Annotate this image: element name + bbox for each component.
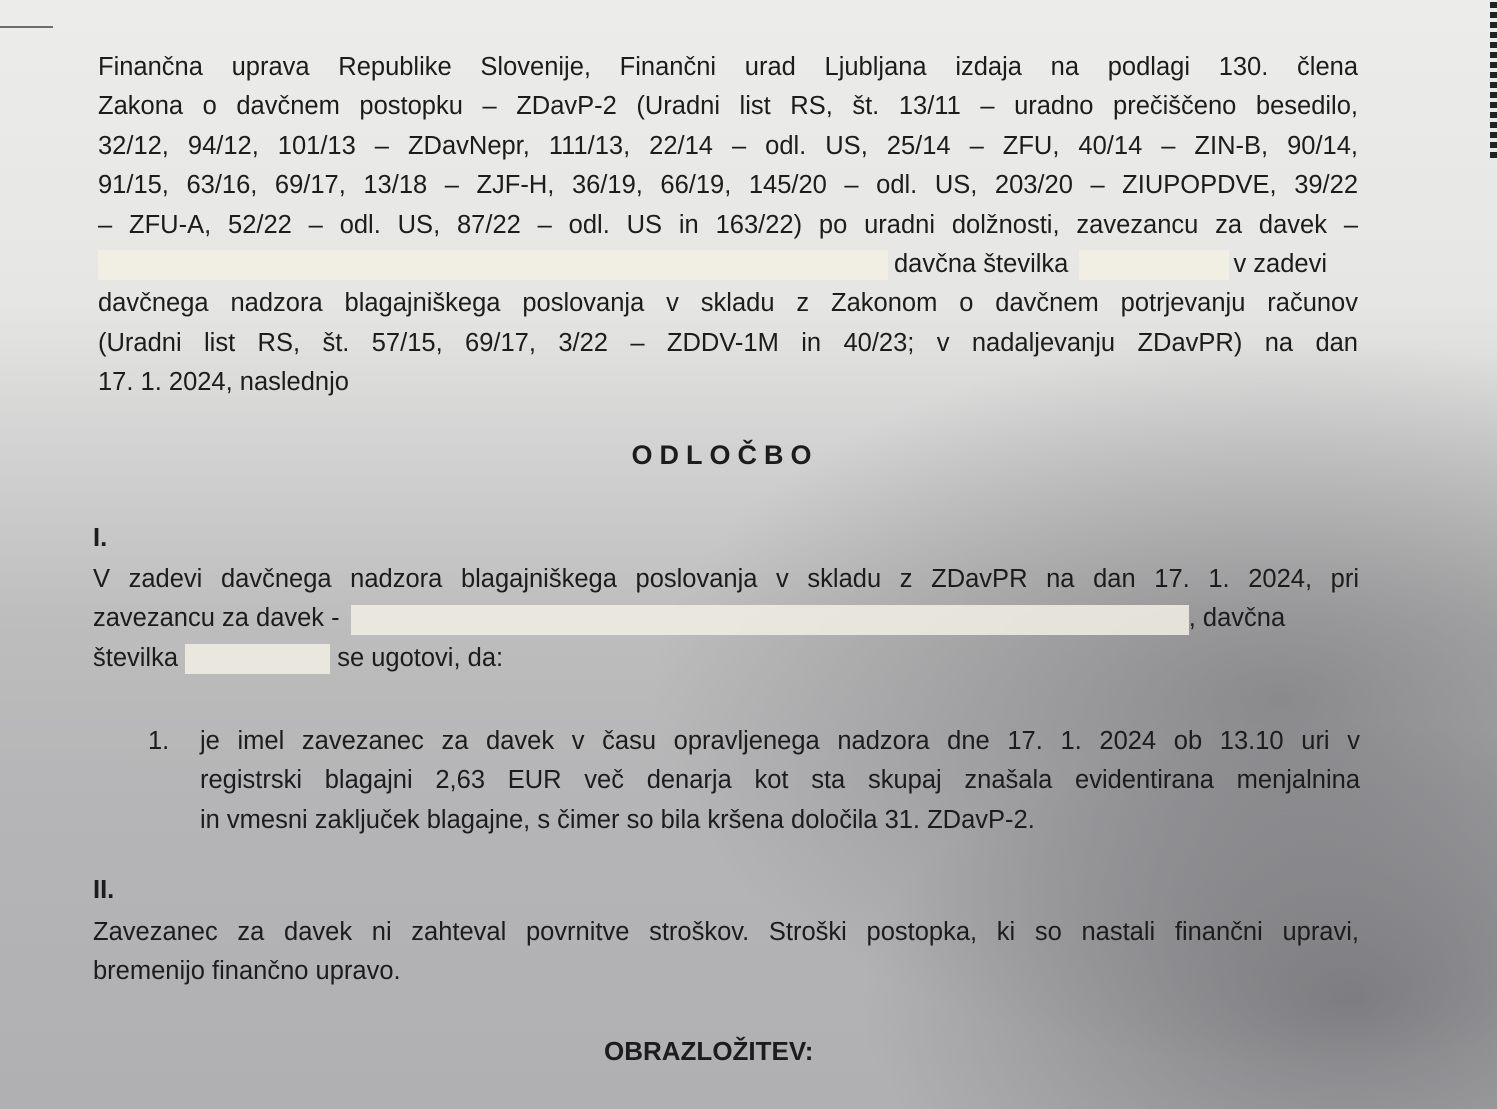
intro-line: Finančna uprava Republike Slovenije, Fin… — [98, 48, 1358, 87]
redacted-taxpayer-name — [98, 250, 888, 280]
finding-intro: se ugotovi, da: — [337, 644, 503, 672]
list-item-line: je imel zavezanec za davek v času opravl… — [200, 722, 1360, 761]
list-item-line: in vmesni zaključek blagajne, s čimer so… — [200, 801, 1360, 840]
intro-line: davčnega nadzora blagajniškega poslovanj… — [98, 284, 1358, 323]
intro-line-end: v zadevi — [1233, 250, 1327, 278]
section-2-line: Zavezanec za davek ni zahteval povrnitve… — [93, 913, 1359, 952]
tax-number-label: , davčna — [1189, 604, 1285, 632]
redacted-tax-number — [185, 644, 330, 674]
intro-line: Zakona o davčnem postopku – ZDavP-2 (Ura… — [98, 87, 1358, 126]
section-2-number: II. — [93, 876, 114, 905]
intro-paragraph: Finančna uprava Republike Slovenije, Fin… — [98, 48, 1358, 403]
section-1-line: V zadevi davčnega nadzora blagajniškega … — [93, 560, 1359, 599]
list-item-text: je imel zavezanec za davek v času opravl… — [200, 722, 1360, 840]
scanned-document-page: Finančna uprava Republike Slovenije, Fin… — [0, 0, 1497, 1109]
section-1-paragraph: V zadevi davčnega nadzora blagajniškega … — [93, 560, 1359, 678]
section-1-line-redacted: številka se ugotovi, da: — [93, 639, 1359, 678]
intro-line: 91/15, 63/16, 69/17, 13/18 – ZJF-H, 36/1… — [98, 166, 1358, 205]
intro-line: – ZFU-A, 52/22 – odl. US, 87/22 – odl. U… — [98, 206, 1358, 245]
list-item-number: 1. — [148, 722, 169, 761]
taxpayer-label: zavezancu za davek - — [93, 604, 340, 632]
section-1-number: I. — [93, 524, 107, 553]
section-1-line-redacted: zavezancu za davek - , davčna — [93, 599, 1359, 638]
intro-line-redacted: davčna številka v zadevi — [98, 245, 1358, 284]
findings-list: 1. je imel zavezanec za davek v času opr… — [148, 722, 1360, 840]
intro-line: 32/12, 94/12, 101/13 – ZDavNepr, 111/13,… — [98, 127, 1358, 166]
redacted-tax-number — [1079, 250, 1229, 280]
section-2-paragraph: Zavezanec za davek ni zahteval povrnitve… — [93, 913, 1359, 992]
number-label: številka — [93, 644, 178, 672]
section-2-line: bremenijo finančno upravo. — [93, 952, 1359, 991]
list-item: 1. je imel zavezanec za davek v času opr… — [148, 722, 1360, 840]
list-item-line: registrski blagajni 2,63 EUR več denarja… — [200, 761, 1360, 800]
tax-number-label: davčna številka — [894, 250, 1068, 278]
intro-line: 17. 1. 2024, naslednjo — [98, 363, 1358, 402]
header-rule — [0, 26, 53, 28]
redacted-taxpayer-name — [351, 605, 1189, 635]
intro-line: (Uradni list RS, št. 57/15, 69/17, 3/22 … — [98, 324, 1358, 363]
reasoning-title: OBRAZLOŽITEV: — [604, 1036, 813, 1067]
page-edge-marks — [1490, 2, 1497, 162]
decision-title: ODLOČBO — [0, 440, 1450, 471]
